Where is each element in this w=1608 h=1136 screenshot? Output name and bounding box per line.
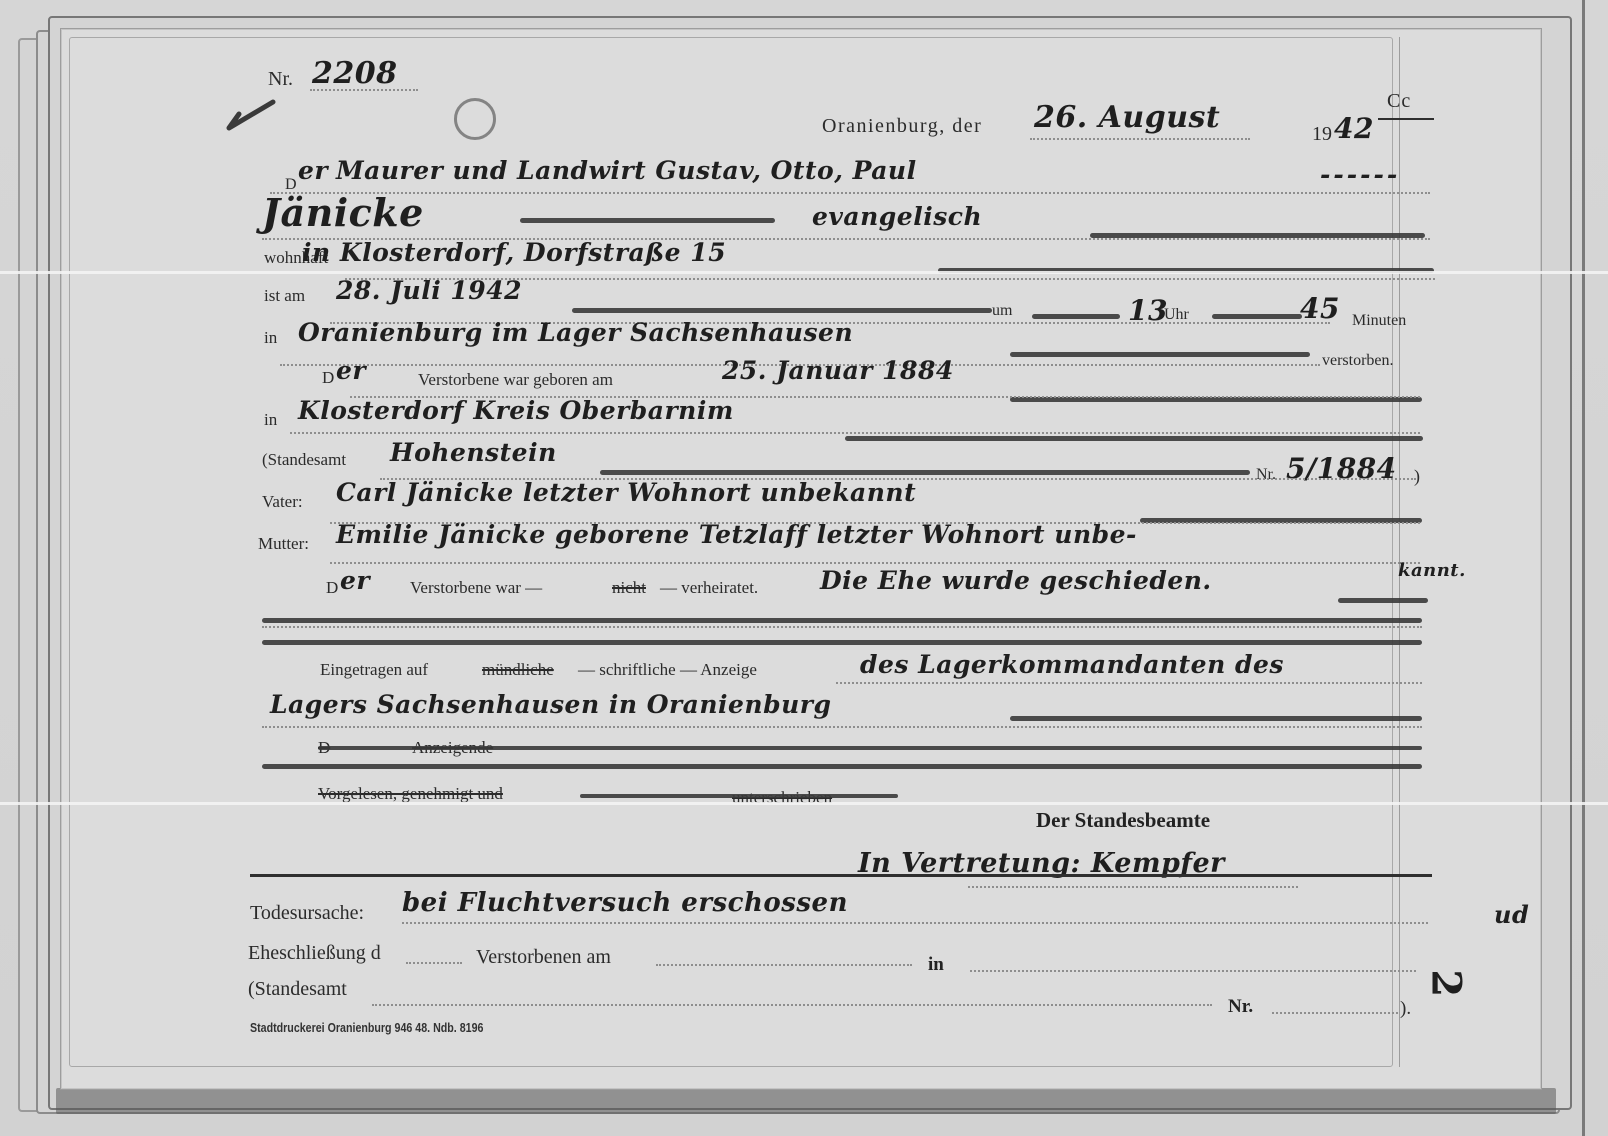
cause-of-death: bei Fluchtversuch erschossen bbox=[402, 888, 848, 918]
marriage-registry-label: (Standesamt bbox=[248, 978, 347, 1001]
birth-registry-nr: 5/1884 bbox=[1286, 452, 1397, 485]
father: Carl Jänicke letzter Wohnort unbekannt bbox=[336, 478, 916, 507]
died-label: verstorben. bbox=[1322, 352, 1394, 370]
surname: Jänicke bbox=[262, 190, 424, 235]
birth-registry-close: ) bbox=[1414, 466, 1420, 487]
mother: Emilie Jänicke geborene Tetzlaff letzter… bbox=[336, 520, 1137, 549]
marriage-label: Eheschließung d bbox=[248, 942, 381, 965]
stacked-card-edge-right bbox=[1582, 0, 1585, 1136]
birth-place: Klosterdorf Kreis Oberbarnim bbox=[298, 396, 734, 425]
mother-continuation: kannt. bbox=[1398, 560, 1466, 581]
marital-label-start: Verstorbene war — bbox=[410, 578, 542, 598]
religion: evangelisch bbox=[812, 202, 982, 231]
struck-read-label: Vorgelesen, genehmigt und bbox=[318, 784, 503, 804]
marital-note: Die Ehe wurde geschieden. bbox=[820, 566, 1212, 595]
record-number-label: Nr. bbox=[268, 68, 293, 91]
marital-label-end: — verheiratet. bbox=[660, 578, 758, 598]
right-edge-fragment: ud bbox=[1494, 900, 1529, 929]
death-date-label: ist am bbox=[264, 286, 305, 306]
check-mark-icon bbox=[225, 96, 277, 132]
article-suffix: er bbox=[298, 156, 328, 185]
residence: in Klosterdorf, Dorfstraße 15 bbox=[302, 238, 726, 267]
death-minutes: 45 bbox=[1300, 292, 1340, 325]
birth-registry-nr-label: Nr. bbox=[1256, 466, 1276, 484]
year-prefix: 19 bbox=[1312, 123, 1332, 146]
marriage-in-label: in bbox=[928, 954, 944, 976]
mother-label: Mutter: bbox=[258, 534, 309, 554]
birth-label: Verstorbene war geboren am bbox=[418, 370, 613, 390]
section-divider bbox=[250, 874, 1432, 877]
birth-place-label: in bbox=[264, 410, 277, 430]
marital-article-prefix: D bbox=[326, 578, 338, 598]
death-date: 28. Juli 1942 bbox=[336, 276, 522, 305]
place-date-label: Oranienburg, der bbox=[822, 115, 982, 138]
minutes-label: Minuten bbox=[1352, 312, 1406, 330]
record-date: 26. August bbox=[1034, 100, 1220, 135]
stamp-mark-icon bbox=[454, 98, 496, 140]
informant-line-2: Lagers Sachsenhausen in Oranienburg bbox=[270, 690, 831, 719]
scan-line-artifact bbox=[0, 802, 1608, 805]
registration-label-start: Eingetragen auf bbox=[320, 660, 428, 680]
informant-line-1: des Lagerkommandanten des bbox=[860, 650, 1284, 679]
marriage-registry-close: ). bbox=[1400, 998, 1411, 1020]
birth-registry-label: (Standesamt bbox=[262, 450, 346, 470]
marriage-label-mid: Verstorbenen am bbox=[476, 946, 611, 969]
father-label: Vater: bbox=[262, 492, 303, 512]
time-label: um bbox=[992, 302, 1012, 320]
scan-line-artifact bbox=[0, 271, 1608, 274]
registration-label-middle: — schriftliche — Anzeige bbox=[578, 660, 757, 680]
margin-numeral: 2 bbox=[1423, 969, 1470, 997]
year-suffix: 42 bbox=[1334, 112, 1374, 145]
record-number: 2208 bbox=[312, 56, 398, 91]
birth-registry: Hohenstein bbox=[390, 438, 557, 467]
stacked-card-edge-bottom bbox=[56, 1088, 1556, 1114]
birth-article-suffix: er bbox=[336, 356, 366, 385]
death-place-label: in bbox=[264, 328, 277, 348]
marital-struck-word: nicht bbox=[612, 578, 646, 598]
cause-of-death-label: Todesursache: bbox=[250, 902, 364, 925]
death-place: Oranienburg im Lager Sachsenhausen bbox=[298, 318, 853, 347]
scanned-document: Nr. 2208 Oranienburg, der 26. August 19 … bbox=[0, 0, 1608, 1136]
struck-signed-label: unterschrieben bbox=[732, 788, 832, 808]
occupation-and-given-names: Maurer und Landwirt Gustav, Otto, Paul bbox=[336, 156, 917, 185]
birth-date: 25. Januar 1884 bbox=[722, 356, 954, 385]
category-code: Cc bbox=[1387, 90, 1411, 113]
birth-article-prefix: D bbox=[322, 368, 334, 388]
marriage-registry-nr-label: Nr. bbox=[1228, 996, 1253, 1018]
printer-imprint: Stadtdruckerei Oranienburg 946 48. Ndb. … bbox=[250, 1020, 483, 1035]
marital-article-suffix: er bbox=[340, 566, 370, 595]
signature-title: Der Standesbeamte bbox=[1036, 808, 1210, 833]
registration-struck-option: mündliche bbox=[482, 660, 554, 680]
